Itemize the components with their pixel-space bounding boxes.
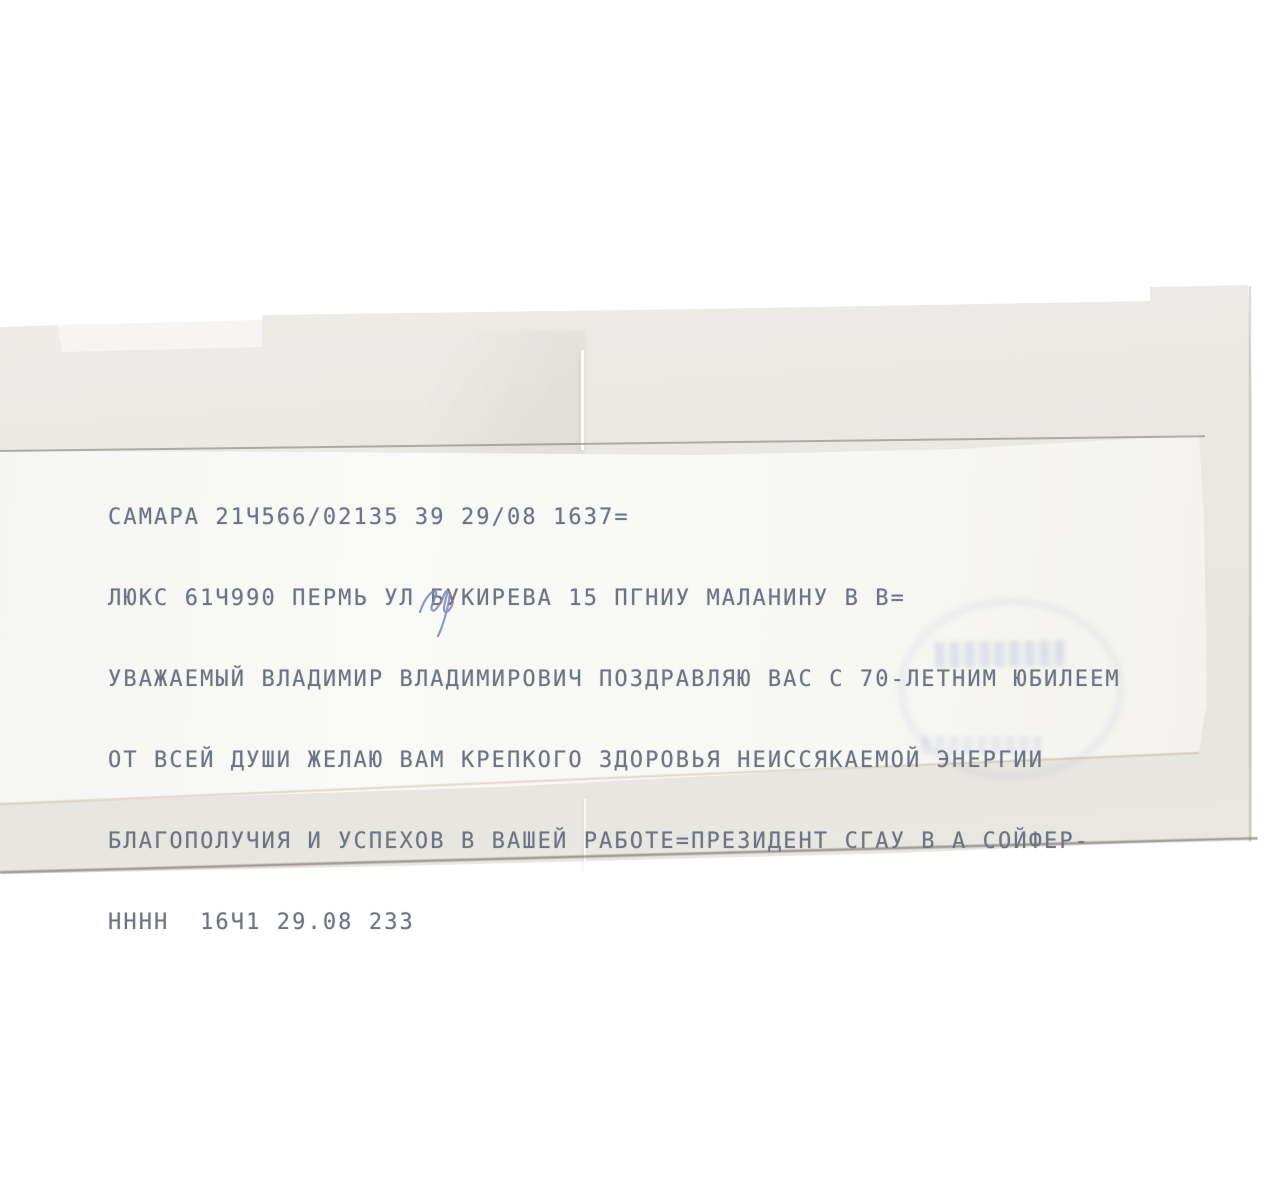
telegram-text-block: САМАРА 21Ч566/02135 39 29/08 1637= ЛЮКС … xyxy=(108,450,1121,990)
telegram-line-footer: НННН 16Ч1 29.08 233 xyxy=(108,909,1121,936)
handwritten-mark xyxy=(408,576,478,646)
scanned-telegram-page: САМАРА 21Ч566/02135 39 29/08 1637= ЛЮКС … xyxy=(0,0,1275,1202)
envelope-right-edge xyxy=(1249,286,1251,842)
envelope-crease-top xyxy=(581,350,584,450)
telegram-line-address: ЛЮКС 61Ч990 ПЕРМЬ УЛ БУКИРЕВА 15 ПГНИУ М… xyxy=(108,585,1121,612)
telegram-line-header: САМАРА 21Ч566/02135 39 29/08 1637= xyxy=(108,504,1121,531)
telegram-line-message-2: ОТ ВСЕЙ ДУШИ ЖЕЛАЮ ВАМ КРЕПКОГО ЗДОРОВЬЯ… xyxy=(108,747,1121,774)
envelope-fold-shadow xyxy=(380,330,585,455)
telegram-line-message-1: УВАЖАЕМЫЙ ВЛАДИМИР ВЛАДИМИРОВИЧ ПОЗДРАВЛ… xyxy=(108,666,1121,693)
telegram-line-message-3: БЛАГОПОЛУЧИЯ И УСПЕХОВ В ВАШЕЙ РАБОТЕ=ПР… xyxy=(108,828,1121,855)
